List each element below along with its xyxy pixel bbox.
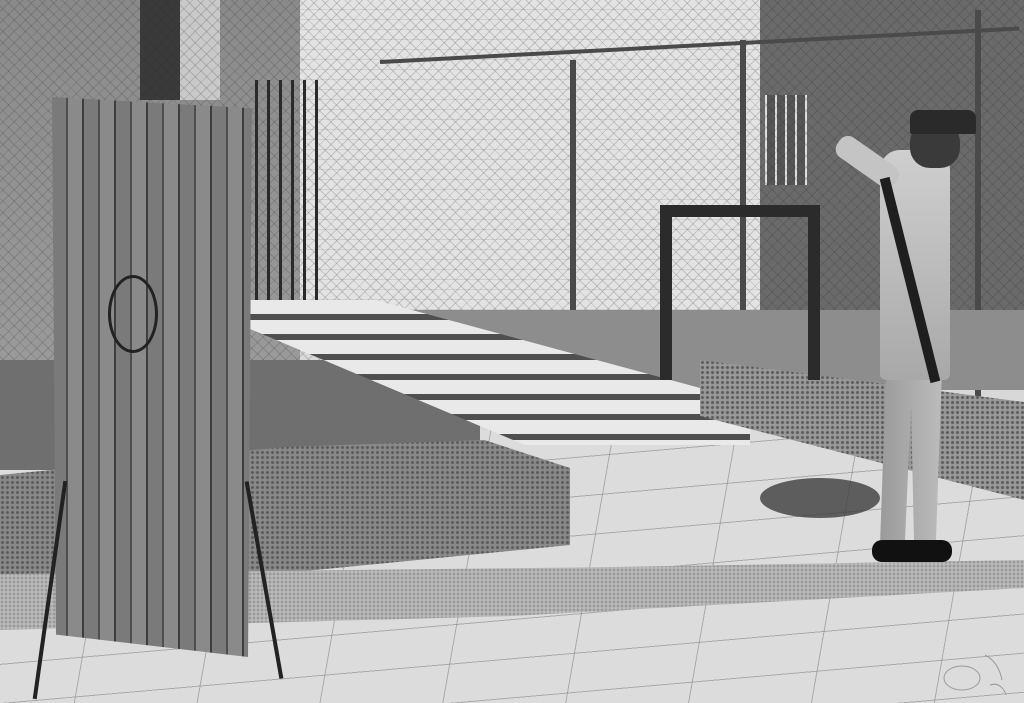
fence-post	[570, 60, 576, 325]
target-figure-mark	[108, 275, 158, 353]
guard-shadow	[760, 478, 880, 518]
guard-shoes	[872, 540, 952, 562]
wooden-target-board	[52, 97, 252, 657]
photograph	[0, 0, 1024, 703]
guard-cap	[910, 110, 976, 134]
handwritten-scribble	[940, 640, 1020, 700]
metal-frame	[660, 205, 820, 380]
